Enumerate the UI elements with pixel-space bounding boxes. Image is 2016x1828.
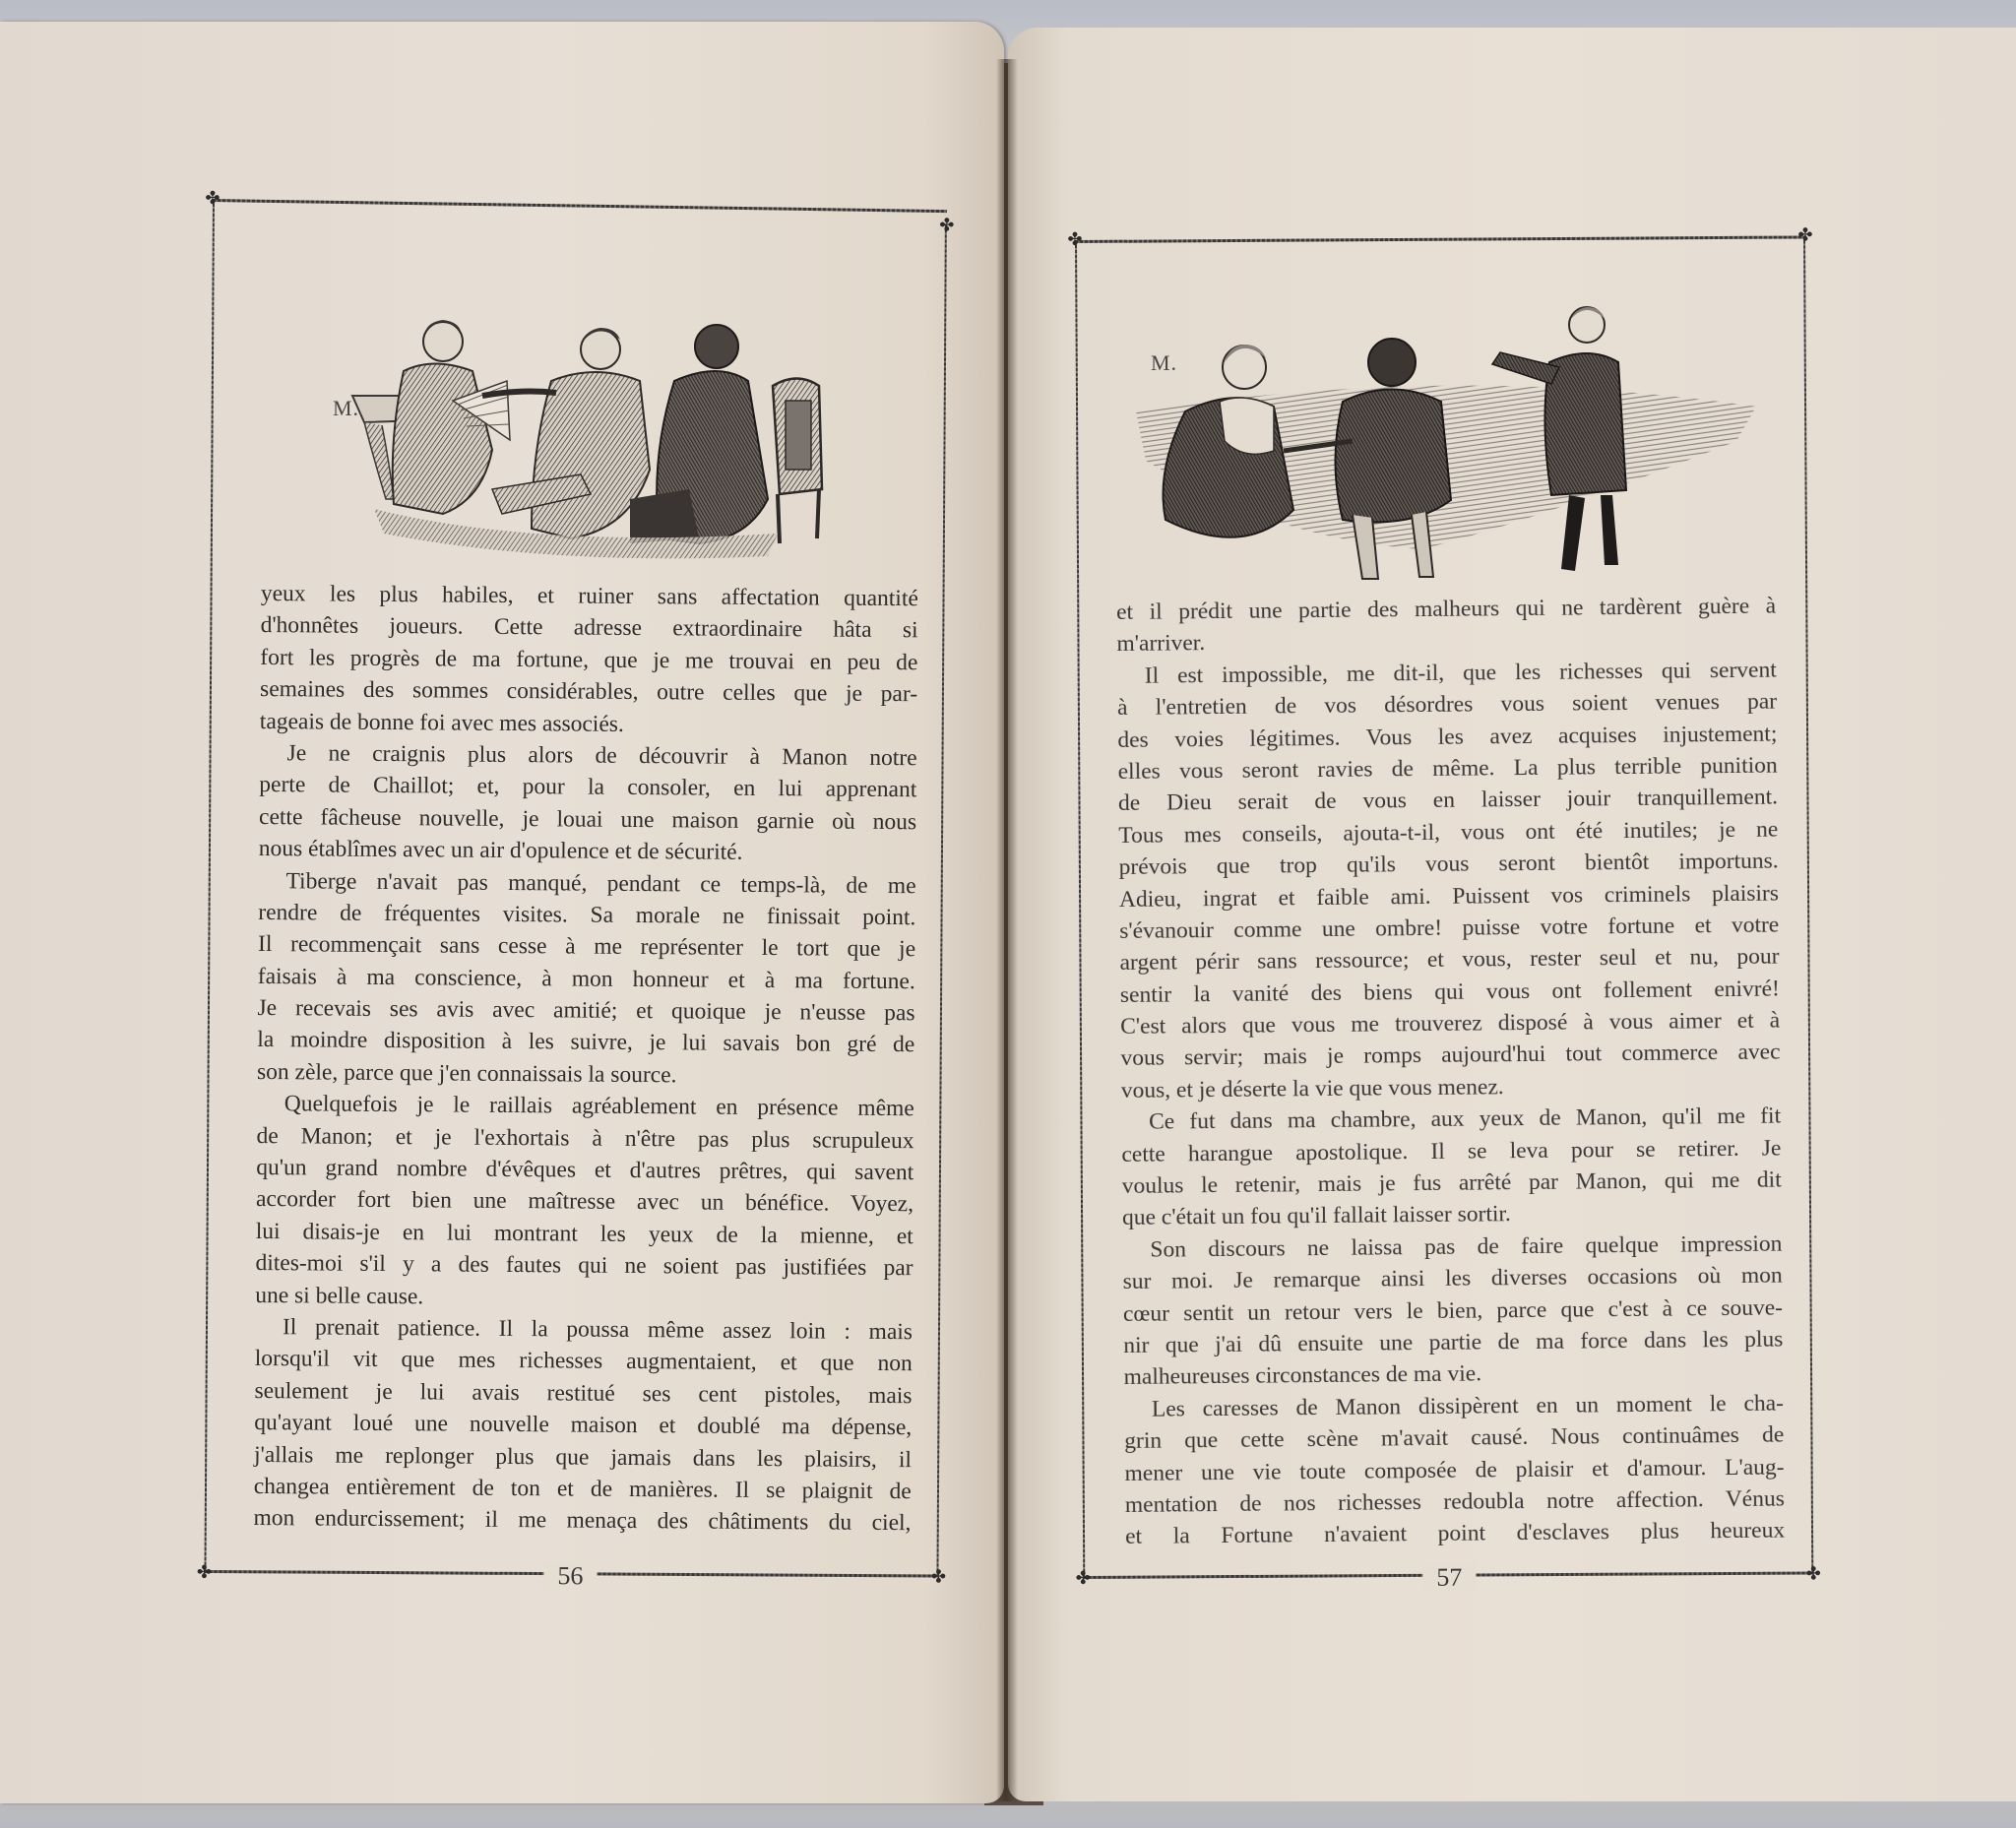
open-book: ✤ ✤ ✤ ✤ 56 [0,0,2016,1828]
text-line: Il recommençait sans cesse à me représen… [258,928,915,966]
text-line: Il prenait patience. Il la poussa même a… [255,1311,913,1349]
page-number: 57 [1422,1564,1476,1592]
text-line: d'honnêtes joueurs. Cette adresse extrao… [260,609,917,647]
text-line: de Manon; et je l'exhortais à n'être pas… [256,1120,913,1158]
corner-ornament-icon: ✤ [1796,226,1814,244]
text-line: mon endurcissement; il me menaça des châ… [253,1502,911,1540]
page-number: 56 [543,1562,597,1590]
text-line: rendre de fréquentes visites. Sa morale … [258,897,915,934]
engraving-figures-icon [1126,293,1776,589]
illustrator-signature: M. [1151,350,1177,376]
corner-ornament-icon: ✤ [929,1568,947,1586]
text-line: Je recevais ses avis avec amitié; et quo… [257,992,914,1030]
text-line: qu'un grand nombre d'évêques et d'autres… [256,1152,913,1189]
text-line: dites-moi s'il y a des fautes qui ne soi… [255,1247,913,1285]
text-line: seulement je lui avais restitué ses cent… [254,1375,912,1413]
text-line: accorder fort bien une maîtresse avec un… [256,1183,913,1221]
corner-ornament-icon: ✤ [195,1564,213,1582]
text-line: fort les progrès de ma fortune, que je m… [260,642,917,679]
frame-left-rule [204,199,215,1573]
illustrator-signature: M. [333,396,359,421]
text-line: lorsqu'il vit que mes richesses augmenta… [255,1343,913,1380]
corner-ornament-icon: ✤ [204,190,221,208]
text-line: lui disais-je en lui montrant les yeux d… [256,1216,913,1253]
frame-right-rule [936,225,946,1578]
corner-ornament-icon: ✤ [1804,1565,1822,1583]
corner-ornament-icon: ✤ [1066,231,1084,249]
text-line: j'allais me replonger plus que jamais da… [254,1439,912,1477]
text-line: perte de Chaillot; et, pour la consoler,… [259,769,916,806]
text-line: Tiberge n'avait pas manqué, pendant ce t… [258,865,915,903]
right-page: ✤ ✤ ✤ ✤ 57 [1008,28,2016,1801]
right-page-body-text: et il prédit une partie des malheurs qui… [1116,591,1785,1553]
text-line: semaines des sommes considérables, outre… [260,673,917,711]
text-line: tageais de bonne foi avec mes associés. [260,706,917,743]
text-line: changea entièrement de ton et de manière… [254,1471,912,1508]
frame-top-rule [213,199,947,213]
engraving-figures-icon [335,302,856,568]
left-page-body-text: yeux les plus habiles, et ruiner sans af… [253,578,918,1540]
text-line: qu'ayant loué une nouvelle maison et dou… [254,1407,912,1444]
frame-right-rule [1803,235,1813,1574]
engraving-illustration [1126,293,1776,589]
text-line: Quelquefois je le raillais agréablement … [257,1088,914,1125]
frame-left-rule [1075,240,1085,1579]
frame-top-rule [1075,235,1805,243]
text-line: yeux les plus habiles, et ruiner sans af… [261,578,918,615]
book-gutter [996,59,1018,1801]
text-line: Je ne craignis plus alors de découvrir à… [259,737,916,775]
text-line: faisais à ma conscience, à mon honneur e… [258,961,915,998]
left-page: ✤ ✤ ✤ ✤ 56 [0,22,1004,1803]
text-line: la moindre disposition à les suivre, je … [257,1024,914,1061]
text-line: son zèle, parce que j'en connaissais la … [257,1056,914,1094]
text-line: une si belle cause. [255,1280,913,1317]
engraving-illustration [335,302,856,568]
corner-ornament-icon: ✤ [938,218,956,235]
corner-ornament-icon: ✤ [1074,1570,1092,1588]
text-line: nous établîmes avec un air d'opulence et… [259,833,916,870]
text-line: et la Fortune n'avaient point d'esclaves… [1125,1515,1785,1553]
text-line: cette fâcheuse nouvelle, je louai une ma… [259,801,916,839]
